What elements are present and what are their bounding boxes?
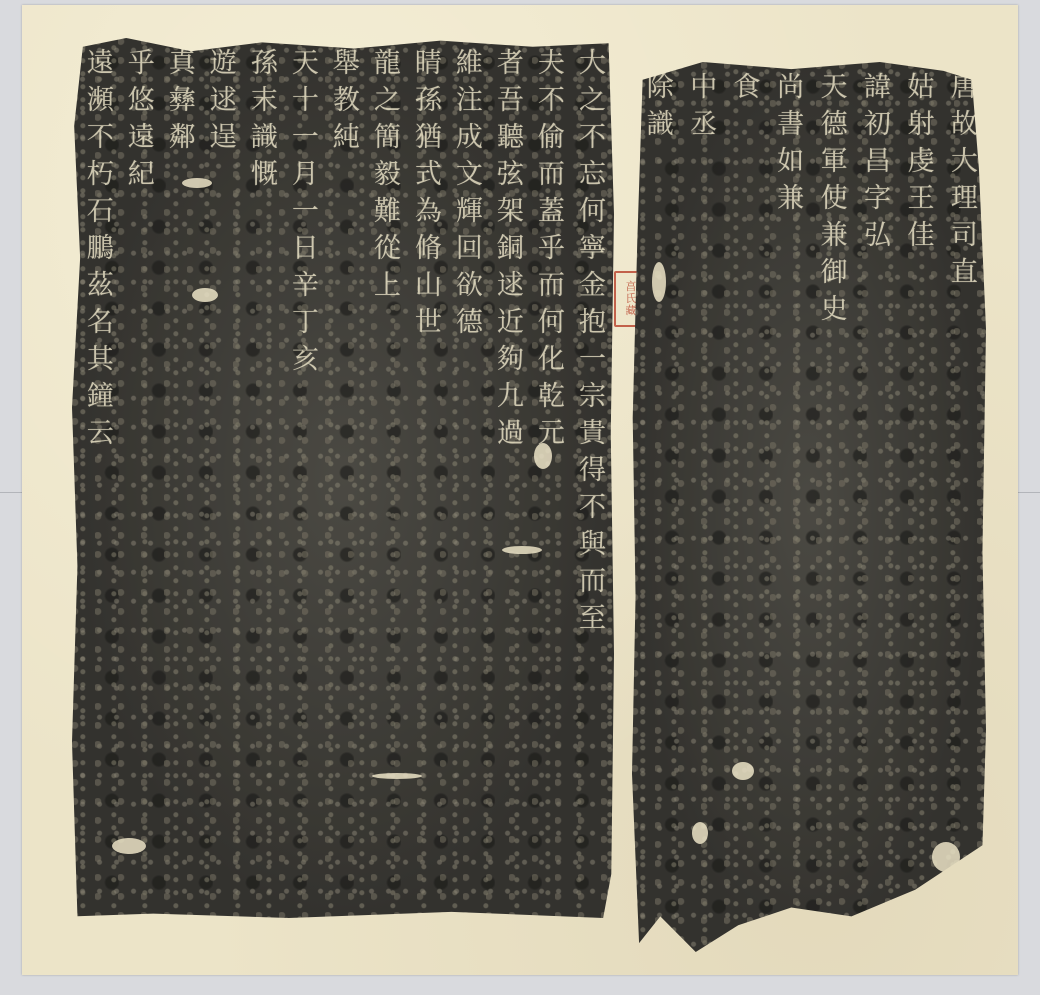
wear-spot bbox=[112, 838, 146, 854]
inscription-column: 諱初昌字弘 bbox=[857, 72, 891, 932]
inscription-column: 天十一月一日辛丁亥 bbox=[285, 48, 319, 898]
wear-spot bbox=[182, 178, 212, 188]
inscription-column: 唐故大理司直 bbox=[944, 72, 978, 932]
inscription-column: 遊逑逞 bbox=[203, 48, 237, 898]
rubbing-panel-left: 大之不忘何寧金抱一宗貴得不與而至 夫不偷而蓋乎而何化乾元 者吾聽弦架銅逑近夠九過… bbox=[72, 38, 614, 918]
inscription-column: 孫末識慨 bbox=[244, 48, 278, 898]
inscription-columns-left: 大之不忘何寧金抱一宗貴得不與而至 夫不偷而蓋乎而何化乾元 者吾聽弦架銅逑近夠九過… bbox=[80, 48, 606, 908]
inscription-column: 大之不忘何寧金抱一宗貴得不與而至 bbox=[572, 48, 606, 898]
inscription-column: 睛孫猶式為脩山世 bbox=[408, 48, 442, 898]
wear-spot bbox=[692, 822, 708, 844]
inscription-column: 尚書如兼 bbox=[770, 72, 804, 932]
inscription-column: 遠瀕不朽石鵬茲名其鐘云 bbox=[80, 48, 114, 898]
rubbing-panel-right: 唐故大理司直 姑射虔王佳 諱初昌字弘 天德軍使兼御史 尚書如兼 食 中丞 除識 bbox=[632, 62, 986, 952]
inscription-column: 乎悠遠紀 bbox=[121, 48, 155, 898]
wear-spot bbox=[534, 443, 552, 469]
seal-glyph: 藏 bbox=[626, 305, 637, 317]
inscription-column: 舉教純 bbox=[326, 48, 360, 898]
inscription-column: 中丞 bbox=[683, 72, 717, 932]
inscription-column: 除識 bbox=[640, 72, 674, 932]
inscription-column: 食 bbox=[727, 72, 761, 932]
wear-spot bbox=[652, 262, 666, 302]
inscription-column: 姑射虔王佳 bbox=[901, 72, 935, 932]
inscription-column: 維注成文輝回欲德 bbox=[449, 48, 483, 898]
wear-spot bbox=[372, 773, 422, 779]
inscription-column: 真彝鄰 bbox=[162, 48, 196, 898]
inscription-column: 者吾聽弦架銅逑近夠九過 bbox=[490, 48, 524, 898]
inscription-columns-right: 唐故大理司直 姑射虔王佳 諱初昌字弘 天德軍使兼御史 尚書如兼 食 中丞 除識 bbox=[640, 72, 978, 942]
wear-spot bbox=[192, 288, 218, 302]
wear-spot bbox=[502, 546, 542, 554]
wear-spot bbox=[732, 762, 754, 780]
inscription-column: 夫不偷而蓋乎而何化乾元 bbox=[531, 48, 565, 898]
inscription-column: 天德軍使兼御史 bbox=[814, 72, 848, 932]
inscription-column: 龍之簡毅難從上 bbox=[367, 48, 401, 898]
